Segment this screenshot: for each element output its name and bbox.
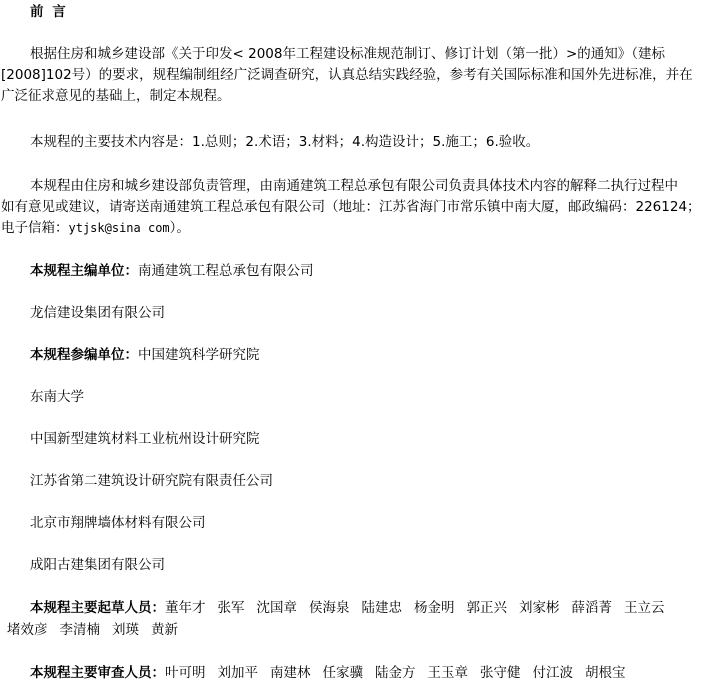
reviewer-name: 任家骥 — [323, 665, 364, 681]
drafter-name: 侯海泉 — [309, 600, 350, 616]
chief-editor-unit-1: 本规程主编单位：南通建筑工程总承包有限公司 — [30, 261, 314, 282]
co-editor-label: 本规程参编单位： — [30, 347, 138, 363]
drafter-name: 刘家彬 — [519, 600, 560, 616]
drafter-name: 李清楠 — [60, 622, 101, 638]
drafter-name: 张军 — [218, 600, 245, 616]
chief-editor-unit-name: 南通建筑工程总承包有限公司 — [138, 263, 314, 279]
page-title: 前 言 — [30, 2, 68, 23]
chief-editor-unit-2: 龙信建设集团有限公司 — [30, 303, 165, 324]
drafter-name: 刘瑛 — [112, 622, 139, 638]
paragraph-1-line-2: [2008]102号）的要求，规程编制组经广泛调查研究，认真总结实践经验，参考有… — [1, 65, 693, 86]
co-editor-unit-1: 本规程参编单位：中国建筑科学研究院 — [30, 345, 260, 366]
paragraph-3-line-1: 本规程由住房和城乡建设部负责管理，由南通建筑工程总承包有限公司负责具体技术内容的… — [30, 176, 678, 197]
reviewer-name: 王玉章 — [428, 665, 469, 681]
drafter-name: 黄新 — [151, 622, 178, 638]
drafter-name: 王立云 — [624, 600, 665, 616]
co-editor-unit-2: 东南大学 — [30, 387, 84, 408]
drafter-name: 堵效彦 — [7, 622, 48, 638]
chief-editor-label: 本规程主编单位： — [30, 263, 138, 279]
email-address: ytjsk@sina com — [69, 221, 170, 235]
reviewer-name: 胡根宝 — [585, 665, 626, 681]
drafters-line-2: 堵效彦李清楠刘瑛黄新 — [7, 620, 190, 641]
reviewer-name: 南建林 — [270, 665, 311, 681]
email-suffix: ）。 — [170, 220, 190, 236]
paragraph-2-line-1: 本规程的主要技术内容是：1.总则；2.术语；3.材料；4.构造设计；5.施工；6… — [30, 132, 539, 153]
reviewer-name: 刘加平 — [218, 665, 259, 681]
drafter-name: 沈国章 — [257, 600, 298, 616]
email-label: 电子信箱： — [1, 220, 69, 236]
paragraph-1-line-1: 根据住房和城乡建设部《关于印发< 2008年工程建设标准规范制订、修订计划（第一… — [30, 44, 665, 65]
reviewer-name: 陆金方 — [375, 665, 416, 681]
paragraph-3-line-2: 如有意见或建议，请寄送南通建筑工程总承包有限公司（地址：江苏省海门市常乐镇中南大… — [1, 197, 701, 218]
co-editor-unit-name: 中国建筑科学研究院 — [138, 347, 260, 363]
drafters-label: 本规程主要起草人员： — [30, 600, 165, 616]
drafters-line-1: 本规程主要起草人员：董年才张军沈国章侯海泉陆建忠杨金明郭正兴刘家彬薛滔菁王立云 — [30, 598, 677, 619]
reviewer-name: 张守健 — [480, 665, 521, 681]
drafter-name: 陆建忠 — [362, 600, 403, 616]
reviewer-name: 付江波 — [533, 665, 574, 681]
reviewers-line: 本规程主要审查人员：叶可明刘加平南建林任家骥陆金方王玉章张守健付江波胡根宝 — [30, 663, 638, 681]
co-editor-unit-5: 北京市翔牌墙体材料有限公司 — [30, 513, 206, 534]
co-editor-unit-3: 中国新型建筑材料工业杭州设计研究院 — [30, 429, 260, 450]
co-editor-unit-6: 成阳古建集团有限公司 — [30, 555, 165, 576]
drafter-name: 董年才 — [165, 600, 206, 616]
drafter-name: 薛滔菁 — [572, 600, 613, 616]
paragraph-3-line-3: 电子信箱：ytjsk@sina com）。 — [1, 218, 190, 239]
co-editor-unit-4: 江苏省第二建筑设计研究院有限责任公司 — [30, 471, 273, 492]
reviewer-name: 叶可明 — [165, 665, 206, 681]
drafter-name: 郭正兴 — [467, 600, 508, 616]
drafter-name: 杨金明 — [414, 600, 455, 616]
paragraph-1-line-3: 广泛征求意见的基础上，制定本规程。 — [1, 86, 231, 107]
reviewers-label: 本规程主要审查人员： — [30, 665, 165, 681]
